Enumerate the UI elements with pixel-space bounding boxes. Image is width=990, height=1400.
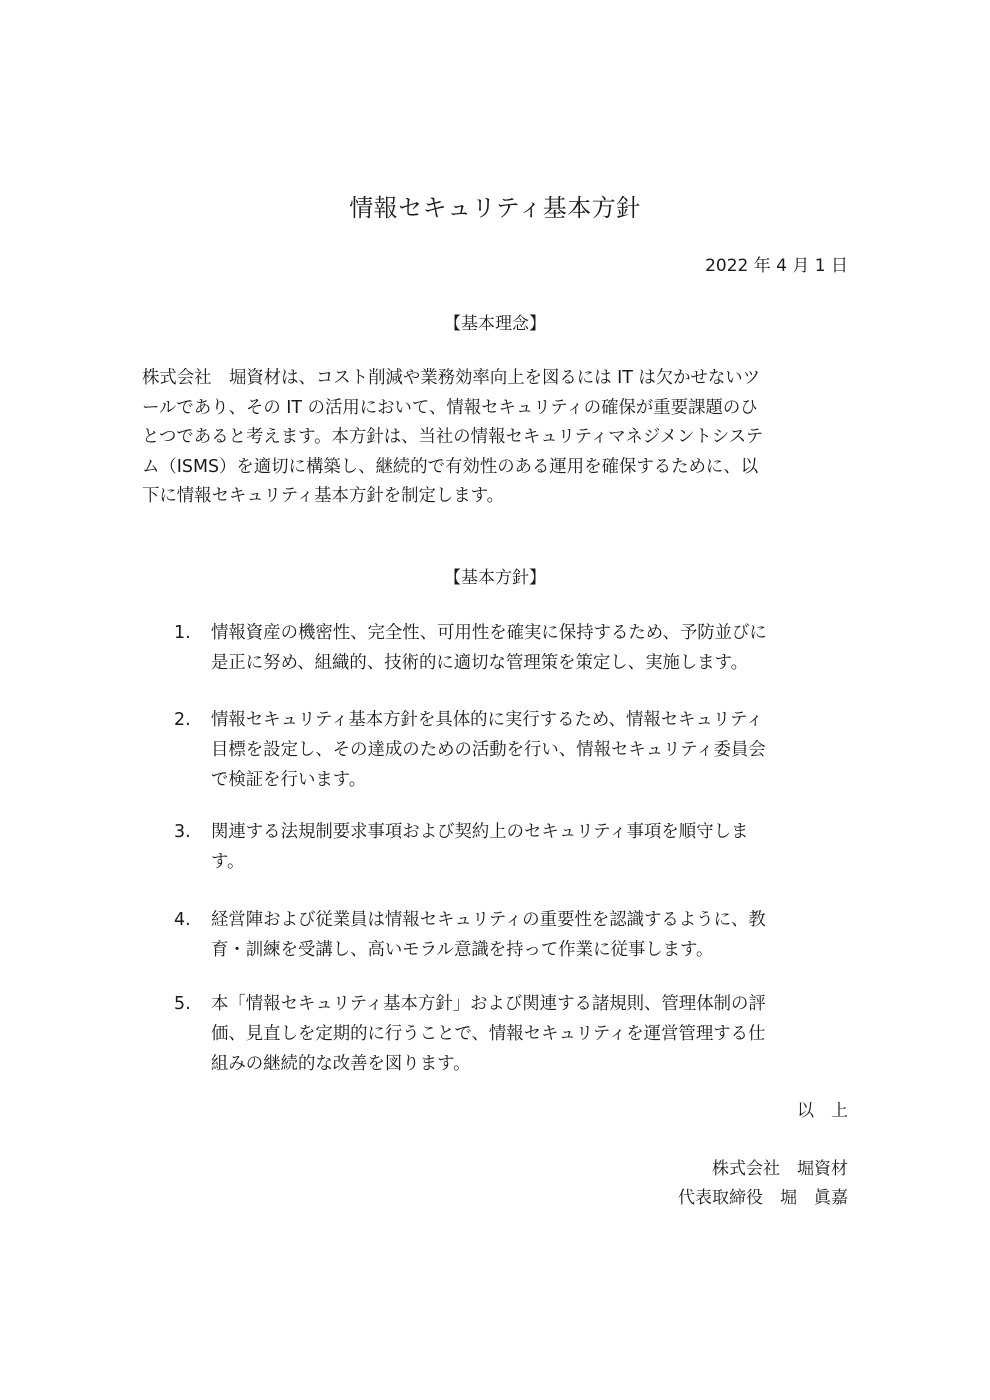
list-item-line: 組みの継続的な改善を図ります。 xyxy=(211,1049,864,1079)
list-item-line: 情報資産の機密性、完全性、可用性を確実に保持するため、予防並びに xyxy=(211,618,864,648)
document-page: 情報セキュリティ基本方針 2022 年 4 月 1 日 【基本理念】 株式会社 … xyxy=(0,0,990,1400)
paragraph-line: ールであり、その IT の活用において、情報セキュリティの確保が重要課題のひ xyxy=(142,394,852,424)
philosophy-paragraph: 株式会社 堀資材は、コスト削減や業務効率向上を図るには IT は欠かせないツ ー… xyxy=(142,364,852,512)
list-number: 1. xyxy=(174,618,210,648)
list-item-line: 価、見直しを定期的に行うことで、情報セキュリティを運営管理する仕 xyxy=(211,1019,864,1049)
list-item-body: 情報資産の機密性、完全性、可用性を確実に保持するため、予防並びに 是正に努め、組… xyxy=(211,618,864,678)
list-item-line: 関連する法規制要求事項および契約上のセキュリティ事項を順守しま xyxy=(211,817,864,847)
list-item-line: で検証を行います。 xyxy=(211,765,864,795)
paragraph-line: 下に情報セキュリティ基本方針を制定します。 xyxy=(142,482,852,512)
paragraph-line: とつであると考えます。本方針は、当社の情報セキュリティマネジメントシステ xyxy=(142,423,852,453)
list-item-line: 本「情報セキュリティ基本方針」および関連する諸規則、管理体制の評 xyxy=(211,989,864,1019)
list-item-body: 情報セキュリティ基本方針を具体的に実行するため、情報セキュリティ 目標を設定し、… xyxy=(211,705,864,795)
list-item-line: 目標を設定し、その達成のための活動を行い、情報セキュリティ委員会 xyxy=(211,735,864,765)
document-title: 情報セキュリティ基本方針 xyxy=(0,188,990,228)
list-number: 4. xyxy=(174,905,210,935)
list-item-body: 本「情報セキュリティ基本方針」および関連する諸規則、管理体制の評 価、見直しを定… xyxy=(211,989,864,1079)
signature-representative: 代表取締役 堀 眞嘉 xyxy=(678,1184,848,1212)
signature-company: 株式会社 堀資材 xyxy=(712,1155,848,1183)
policy-list-item: 1. 情報資産の機密性、完全性、可用性を確実に保持するため、予防並びに 是正に努… xyxy=(174,618,864,678)
policy-list-item: 4. 経営陣および従業員は情報セキュリティの重要性を認識するように、教 育・訓練… xyxy=(174,905,864,965)
list-item-body: 経営陣および従業員は情報セキュリティの重要性を認識するように、教 育・訓練を受講… xyxy=(211,905,864,965)
list-item-line: 育・訓練を受講し、高いモラル意識を持って作業に従事します。 xyxy=(211,935,864,965)
list-number: 2. xyxy=(174,705,210,735)
list-item-line: す。 xyxy=(211,847,864,877)
paragraph-line: 株式会社 堀資材は、コスト削減や業務効率向上を図るには IT は欠かせないツ xyxy=(142,364,852,394)
list-number: 5. xyxy=(174,989,210,1019)
section-heading-basic-policy: 【基本方針】 xyxy=(0,564,990,592)
closing-mark: 以 上 xyxy=(797,1097,848,1125)
list-item-line: 是正に努め、組織的、技術的に適切な管理策を策定し、実施します。 xyxy=(211,648,864,678)
list-item-line: 経営陣および従業員は情報セキュリティの重要性を認識するように、教 xyxy=(211,905,864,935)
list-item-body: 関連する法規制要求事項および契約上のセキュリティ事項を順守しま す。 xyxy=(211,817,864,877)
list-item-line: 情報セキュリティ基本方針を具体的に実行するため、情報セキュリティ xyxy=(211,705,864,735)
document-date: 2022 年 4 月 1 日 xyxy=(705,252,848,280)
paragraph-line: ム（ISMS）を適切に構築し、継続的で有効性のある運用を確保するために、以 xyxy=(142,453,852,483)
policy-list-item: 2. 情報セキュリティ基本方針を具体的に実行するため、情報セキュリティ 目標を設… xyxy=(174,705,864,795)
section-heading-basic-philosophy: 【基本理念】 xyxy=(0,310,990,338)
policy-list-item: 5. 本「情報セキュリティ基本方針」および関連する諸規則、管理体制の評 価、見直… xyxy=(174,989,864,1079)
policy-list-item: 3. 関連する法規制要求事項および契約上のセキュリティ事項を順守しま す。 xyxy=(174,817,864,877)
list-number: 3. xyxy=(174,817,210,847)
